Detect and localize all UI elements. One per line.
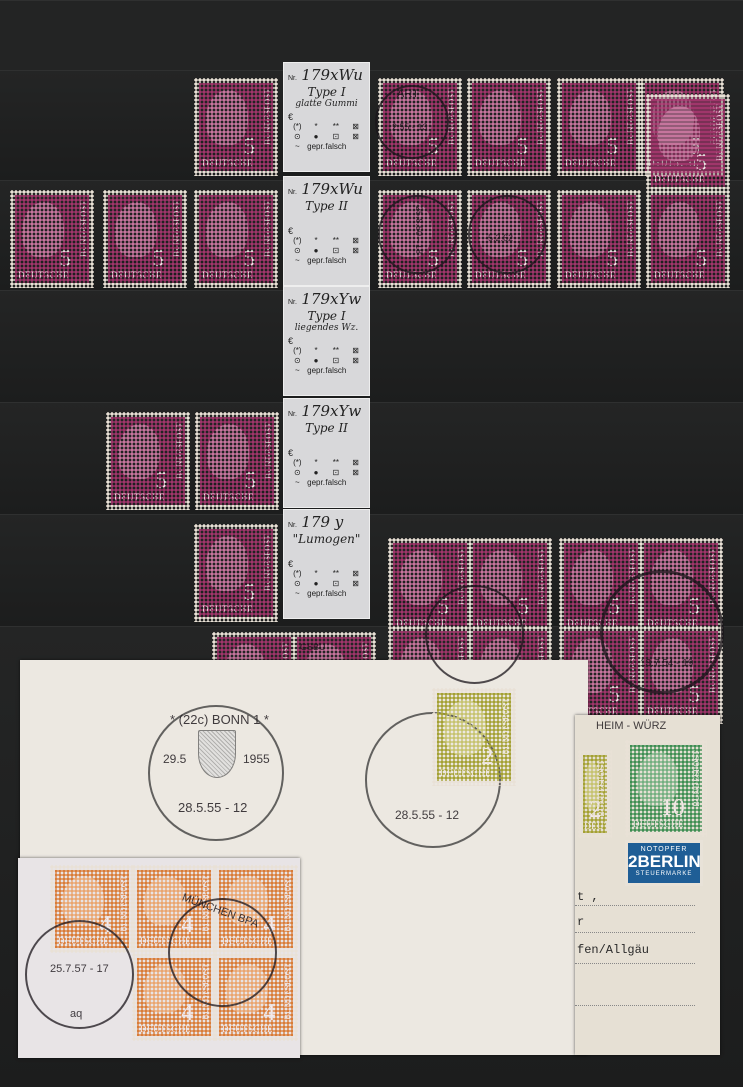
stamp-value: 5 [155,469,167,493]
stamp: 5 DEUTSCHE BUNDESPOST [559,538,643,636]
catalog-number: 179xWu [301,180,363,198]
stamp-value: 4 [263,1001,275,1025]
label-type: Type II [288,421,365,435]
stamp-face: 5 DEUTSCHE BUNDESPOST [644,631,718,719]
stamp-issuer: BUNDESPOST [263,200,272,257]
legend-symbol: ● [307,356,326,365]
stamp-issuer: BUNDESPOST [283,875,292,932]
euro-sign: € [288,559,365,569]
stamp: 5 DEUTSCHE BUNDESPOST [639,538,723,636]
legend-symbol [346,478,365,487]
postmark-text: * (22c) BONN 1 * [170,712,269,727]
stamp-issuer: BUNDESPOST [457,548,466,605]
legend-symbol: ⊠ [346,122,365,131]
portrait-icon [571,550,612,605]
label-type: Type II [288,199,365,213]
stamp-country: DEUTSCHE [58,936,109,946]
postmark-text: 25.8.50 - 18 [414,206,424,254]
legend-symbol: ~ [288,366,307,375]
stamp-value: 5 [427,135,439,159]
stamp-issuer: BUNDESPOST [201,963,210,1020]
address-line: t , [577,890,599,904]
label-nr: Nr. [288,75,297,82]
stamp-country: DEUTSCHE [475,158,526,168]
stamp-country: DEUTSCHE [18,270,69,280]
euro-sign: € [288,112,365,122]
legend-symbol: (*) [288,236,307,245]
stamp-country: DEUTSCHE [584,821,607,831]
dotted-line [575,905,695,906]
label-note [288,213,365,224]
stamp: 2 DEUTSCHE BUNDESPOST [432,688,516,786]
stamp-face: 4 DEUTSCHE BUNDESPOST [137,958,211,1036]
label-note: glatte Gummi [288,99,365,110]
euro-sign: € [288,336,365,346]
stamp-issuer: BUNDESPOST [537,548,546,605]
stamp-issuer: BUNDESPOST [626,200,635,257]
postmark-text: 2.55 - 13 [392,122,428,132]
catalog-label-card: Nr. 179xYw Type I liegendes Wz. € (*)***… [283,286,370,396]
album-strip [0,0,743,72]
legend-symbol: ● [307,132,326,141]
stamp-value: 4 [181,913,193,937]
legend-symbol: ⊡ [325,468,346,477]
portrait-icon [651,550,692,605]
catalog-number: 179xYw [301,402,361,420]
notopfer-city: BERLIN [637,852,700,871]
label-nr: Nr. [288,189,297,196]
stamp-face: 5 DEUTSCHE BUNDESPOST [199,83,273,171]
stamp-country: DEUTSCHE [386,158,437,168]
legend-symbol: gepr. [307,256,326,265]
legend-symbol: * [307,236,326,245]
portrait-icon [658,202,699,257]
legend-symbol: ⊠ [346,346,365,355]
stamp: 5 DEUTSCHE BUNDESPOST [195,412,279,510]
legend-symbol: ⊠ [346,458,365,467]
stamp-value: 5 [695,151,707,175]
postmark-text: 29.5 [163,752,186,766]
stamp-value: 5 [243,135,255,159]
stamp-value: 5 [243,247,255,271]
stamp-issuer: BUNDESPOST [263,534,272,591]
portrait-icon [206,90,247,145]
coat-of-arms-icon [198,730,236,778]
portrait-icon [479,90,520,145]
postmark-text: 1955 [243,752,270,766]
stamp-issuer: BUNDESPOST [536,88,545,145]
portrait-icon [144,876,185,924]
legend-symbol: ~ [288,256,307,265]
legend-symbol: ⊡ [325,579,346,588]
stamp: 4 DEUTSCHE BUNDESPOST [214,953,298,1041]
stamp-value: 5 [516,247,528,271]
stamp-value: 5 [59,247,71,271]
notopfer-bottom: STEUERMARKE [628,871,700,877]
legend-symbol: ~ [288,478,307,487]
legend-symbol: ⊙ [288,246,307,255]
dotted-line [575,932,695,933]
legend-symbol: ● [307,579,326,588]
portrait-icon [444,700,485,755]
stamp-country: DEUTSCHE [202,604,253,614]
stamp-issuer: BUNDESPOST [263,88,272,145]
legend-symbol: gepr. [307,366,326,375]
legend-symbol: ** [325,122,346,131]
stamp: 4 DEUTSCHE BUNDESPOST [50,865,134,953]
stamp-value: 5 [608,595,620,619]
stamp-face: 5 DEUTSCHE BUNDESPOST [651,195,725,283]
legend-symbol: ** [325,346,346,355]
stamp: 5 DEUTSCHE BUNDESPOST [646,94,730,192]
album-strip [0,290,743,404]
dotted-line [575,1005,695,1006]
legend-symbol: ⊠ [346,468,365,477]
stamp: 5 DEUTSCHE BUNDESPOST [646,190,730,288]
postmark-text: 25.7.57 - 17 [50,963,109,975]
stamp-value: 5 [688,683,700,707]
euro-sign: € [288,226,365,236]
stamp-issuer: BUNDESPOST [447,88,456,145]
stamp-face: 10 DEUTSCHE BUNDESPOST [630,745,702,832]
stamp-face: 5 DEUTSCHE BUNDESPOST [644,543,718,631]
stamp: 5 DEUTSCHE BUNDESPOST [10,190,94,288]
address-line: r [577,915,584,929]
postmark-text: 13.7.54 - 19 [640,658,693,669]
stamp-value: 5 [608,683,620,707]
legend-symbol: (*) [288,569,307,578]
stamp: 10 DEUTSCHE BUNDESPOST [625,740,707,837]
stamp: 5 DEUTSCHE BUNDESPOST [557,190,641,288]
portrait-icon [390,202,431,257]
stamp-face: 4 DEUTSCHE BUNDESPOST [219,958,293,1036]
legend-symbol: * [307,122,326,131]
legend-symbol: falsch [325,256,346,265]
stamp-value: 5 [517,595,529,619]
stamp-issuer: BUNDESPOST [628,636,637,693]
portrait-icon [144,964,185,1012]
stamp-face: 5 DEUTSCHE BUNDESPOST [15,195,89,283]
legend-symbol: gepr. [307,142,326,151]
catalog-label-card: Nr. 179xYw Type II € (*)***⊠⊙●⊡⊠~gepr.fa… [283,398,370,508]
legend-symbol: ⊠ [346,569,365,578]
stamp-country: DEUTSCHE [386,270,437,280]
portrait-icon [569,202,610,257]
stamp-value: 4 [99,913,111,937]
stamp-country: DEUTSCHE [222,936,273,946]
legend-symbol [346,142,365,151]
stamp: 4 DEUTSCHE BUNDESPOST [132,953,216,1041]
legend-symbol: * [307,346,326,355]
postmark-text: ART [397,88,419,100]
catalog-label-card: Nr. 179 y "Lumogen" € (*)***⊠⊙●⊡⊠~gepr.f… [283,509,370,619]
legend-symbol: ** [325,236,346,245]
stamp-issuer: BUNDESPOST [79,200,88,257]
portrait-icon [226,964,267,1012]
stamp-country: DEUTSCHE [440,768,491,778]
label-nr: Nr. [288,522,297,529]
stamp-country: DEUTSCHE [654,174,705,184]
legend-symbol [346,256,365,265]
stamp-issuer: BUNDESPOST [692,750,701,807]
label-note [288,435,365,446]
legend-symbol: * [307,458,326,467]
legend-symbol: falsch [325,589,346,598]
stamp-value: 5 [152,247,164,271]
legend-symbol: (*) [288,458,307,467]
postmark-text: HEIM - WÜRZ [596,720,666,732]
stamp: 5 DEUTSCHE BUNDESPOST [639,626,723,724]
legend-symbol: falsch [325,142,346,151]
stamp: 2 DEUTSCHE BUNDESPOST [578,750,612,838]
stamp-country: DEUTSCHE [140,936,191,946]
stamp-issuer: BUNDESPOST [447,200,456,257]
stamp-issuer: BUNDESPOST [715,104,724,161]
stamp-country: DEUTSCHE [111,270,162,280]
portrait-icon [207,424,248,479]
legend-symbol: ~ [288,142,307,151]
legend-symbol: falsch [325,366,346,375]
label-nr: Nr. [288,411,297,418]
portrait-icon [62,876,103,924]
postmark-text: -5.2.62 [485,233,513,243]
dotted-line [575,963,695,964]
legend-symbol: ● [307,468,326,477]
label-type: Type I [288,85,365,99]
stamp: 5 DEUTSCHE BUNDESPOST [557,78,641,176]
stamp-face: 5 DEUTSCHE BUNDESPOST [111,417,185,505]
stamp-value: 10 [661,796,685,820]
stamp-country: DEUTSCHE [140,1024,191,1034]
stamp-value: 5 [695,247,707,271]
legend-symbol: ⊡ [325,246,346,255]
stamp-issuer: BUNDESPOST [708,636,717,693]
catalog-number: 179 y [301,513,343,531]
portrait-icon [206,202,247,257]
portrait-icon [479,202,520,257]
stamp-country: DEUTSCHE [565,270,616,280]
stamp-country: DEUTSCHE [202,158,253,168]
stamp-face: 5 DEUTSCHE BUNDESPOST [473,543,547,631]
stamp-value: 5 [427,247,439,271]
address-city: fen/Allgäu [577,943,649,957]
stamp: 5 DEUTSCHE BUNDESPOST [467,78,551,176]
stamp-country: DEUTSCHE [203,492,254,502]
euro-sign: € [288,448,365,458]
legend-symbol: ⊙ [288,356,307,365]
stamp-issuer: BUNDESPOST [175,422,184,479]
stamp-value: 5 [244,469,256,493]
stamp-face: 5 DEUTSCHE BUNDESPOST [651,99,725,187]
legend-symbol: (*) [288,346,307,355]
stamp-issuer: BUNDESPOST [264,422,273,479]
label-note: liegendes Wz. [288,323,365,334]
legend-symbol: falsch [325,478,346,487]
stamp-country: DEUTSCHE [475,270,526,280]
stamp-country: DEUTSCHE [114,492,165,502]
stamp-value: 5 [516,135,528,159]
legend-symbol: ~ [288,589,307,598]
stamp-issuer: BUNDESPOST [283,963,292,1020]
postmark-text: 28.5.55 - 12 [395,808,459,822]
catalog-number: 179xYw [301,290,361,308]
stamp-face: 4 DEUTSCHE BUNDESPOST [55,870,129,948]
legend-symbol: ⊠ [346,236,365,245]
legend-symbol: ⊙ [288,468,307,477]
stamp-country: DEUTSCHE [565,158,616,168]
stamp-issuer: BUNDESPOST [715,200,724,257]
stamp-issuer: BUNDESPOST [628,548,637,605]
legend-symbol: ⊠ [346,132,365,141]
legend-symbol: ⊠ [346,579,365,588]
portrait-icon [658,106,699,161]
stamp: 5 DEUTSCHE BUNDESPOST [468,538,552,636]
stamp: 5 DEUTSCHE BUNDESPOST [106,412,190,510]
legend-symbol: gepr. [307,478,326,487]
catalog-label-card: Nr. 179xWu Type I glatte Gummi € (*)***⊠… [283,62,370,172]
stamp-country: DEUTSCHE [633,819,684,829]
legend-symbol: ** [325,458,346,467]
legend-symbol: ⊠ [346,356,365,365]
legend-symbol [346,589,365,598]
portrait-icon [569,90,610,145]
stamp: 5 DEUTSCHE BUNDESPOST [194,190,278,288]
stamp-face: 5 DEUTSCHE BUNDESPOST [472,83,546,171]
stamp-issuer: BUNDESPOST [501,698,510,755]
stamp: 5 DEUTSCHE BUNDESPOST [388,538,472,636]
legend-symbol: ⊙ [288,579,307,588]
stamp-value: 4 [181,1001,193,1025]
stamp-face: 5 DEUTSCHE BUNDESPOST [564,543,638,631]
stamp-value: 5 [606,247,618,271]
postmark-text: aq [70,1008,82,1020]
portrait-icon [115,202,156,257]
stamp: 5 DEUTSCHE BUNDESPOST [103,190,187,288]
stamp-issuer: BUNDESPOST [119,875,128,932]
stamp: 5 DEUTSCHE BUNDESPOST [194,78,278,176]
legend-symbol: gepr. [307,589,326,598]
stamp-face: 5 DEUTSCHE BUNDESPOST [199,195,273,283]
stamp-face: 2 DEUTSCHE BUNDESPOST [437,693,511,781]
legend-symbol: ⊡ [325,132,346,141]
stamp-issuer: BUNDESPOST [172,200,181,257]
stamp-face: 5 DEUTSCHE BUNDESPOST [200,417,274,505]
portrait-icon [118,424,159,479]
catalog-label-card: Nr. 179xWu Type II € (*)***⊠⊙●⊡⊠~gepr.fa… [283,176,370,286]
legend-symbol: ** [325,569,346,578]
stamp-face: 5 DEUTSCHE BUNDESPOST [108,195,182,283]
notopfer-berlin-stamp: NOTOPFER 2BERLIN STEUERMARKE [625,840,703,886]
stamp-issuer: BUNDESPOST [626,88,635,145]
legend-symbol: ⊠ [346,246,365,255]
stamp-face: 5 DEUTSCHE BUNDESPOST [562,83,636,171]
stamp-face: 2 DEUTSCHE BUNDESPOST [583,755,607,833]
stamp-value: 5 [437,595,449,619]
stamp-face: 5 DEUTSCHE BUNDESPOST [393,543,467,631]
legend-symbol: ⊡ [325,356,346,365]
stamp-issuer: BUNDESPOST [536,200,545,257]
portrait-icon [22,202,63,257]
stamp-value: 2 [481,745,493,769]
legend-symbol: ● [307,246,326,255]
postmark-text: 28.5.55 - 12 [178,800,247,815]
stamp-country: DEUTSCHE [654,270,705,280]
stamp-country: DEUTSCHE [202,270,253,280]
portrait-icon [206,536,247,591]
stamp-face: 5 DEUTSCHE BUNDESPOST [199,529,273,617]
stamp-country: DEUTSCHE [222,1024,273,1034]
stamp-issuer: BUNDESPOST [708,548,717,605]
stamp-value: 5 [606,135,618,159]
stamp: 5 DEUTSCHE BUNDESPOST [194,524,278,622]
legend-symbol [346,366,365,375]
legend-symbol: ⊙ [288,132,307,141]
label-type: "Lumogen" [288,532,365,546]
stamp-issuer: BUNDESPOST [597,760,606,817]
catalog-number: 179xWu [301,66,363,84]
portrait-icon [400,550,441,605]
stamp-value: 4 [263,913,275,937]
postmark-text: GSBU [300,642,326,652]
legend-symbol: (*) [288,122,307,131]
stamp-face: 5 DEUTSCHE BUNDESPOST [562,195,636,283]
legend-symbol: * [307,569,326,578]
label-note [288,546,365,557]
portrait-icon [480,550,521,605]
label-nr: Nr. [288,299,297,306]
stamp-value: 5 [688,595,700,619]
label-type: Type I [288,309,365,323]
stamp-value: 5 [243,581,255,605]
